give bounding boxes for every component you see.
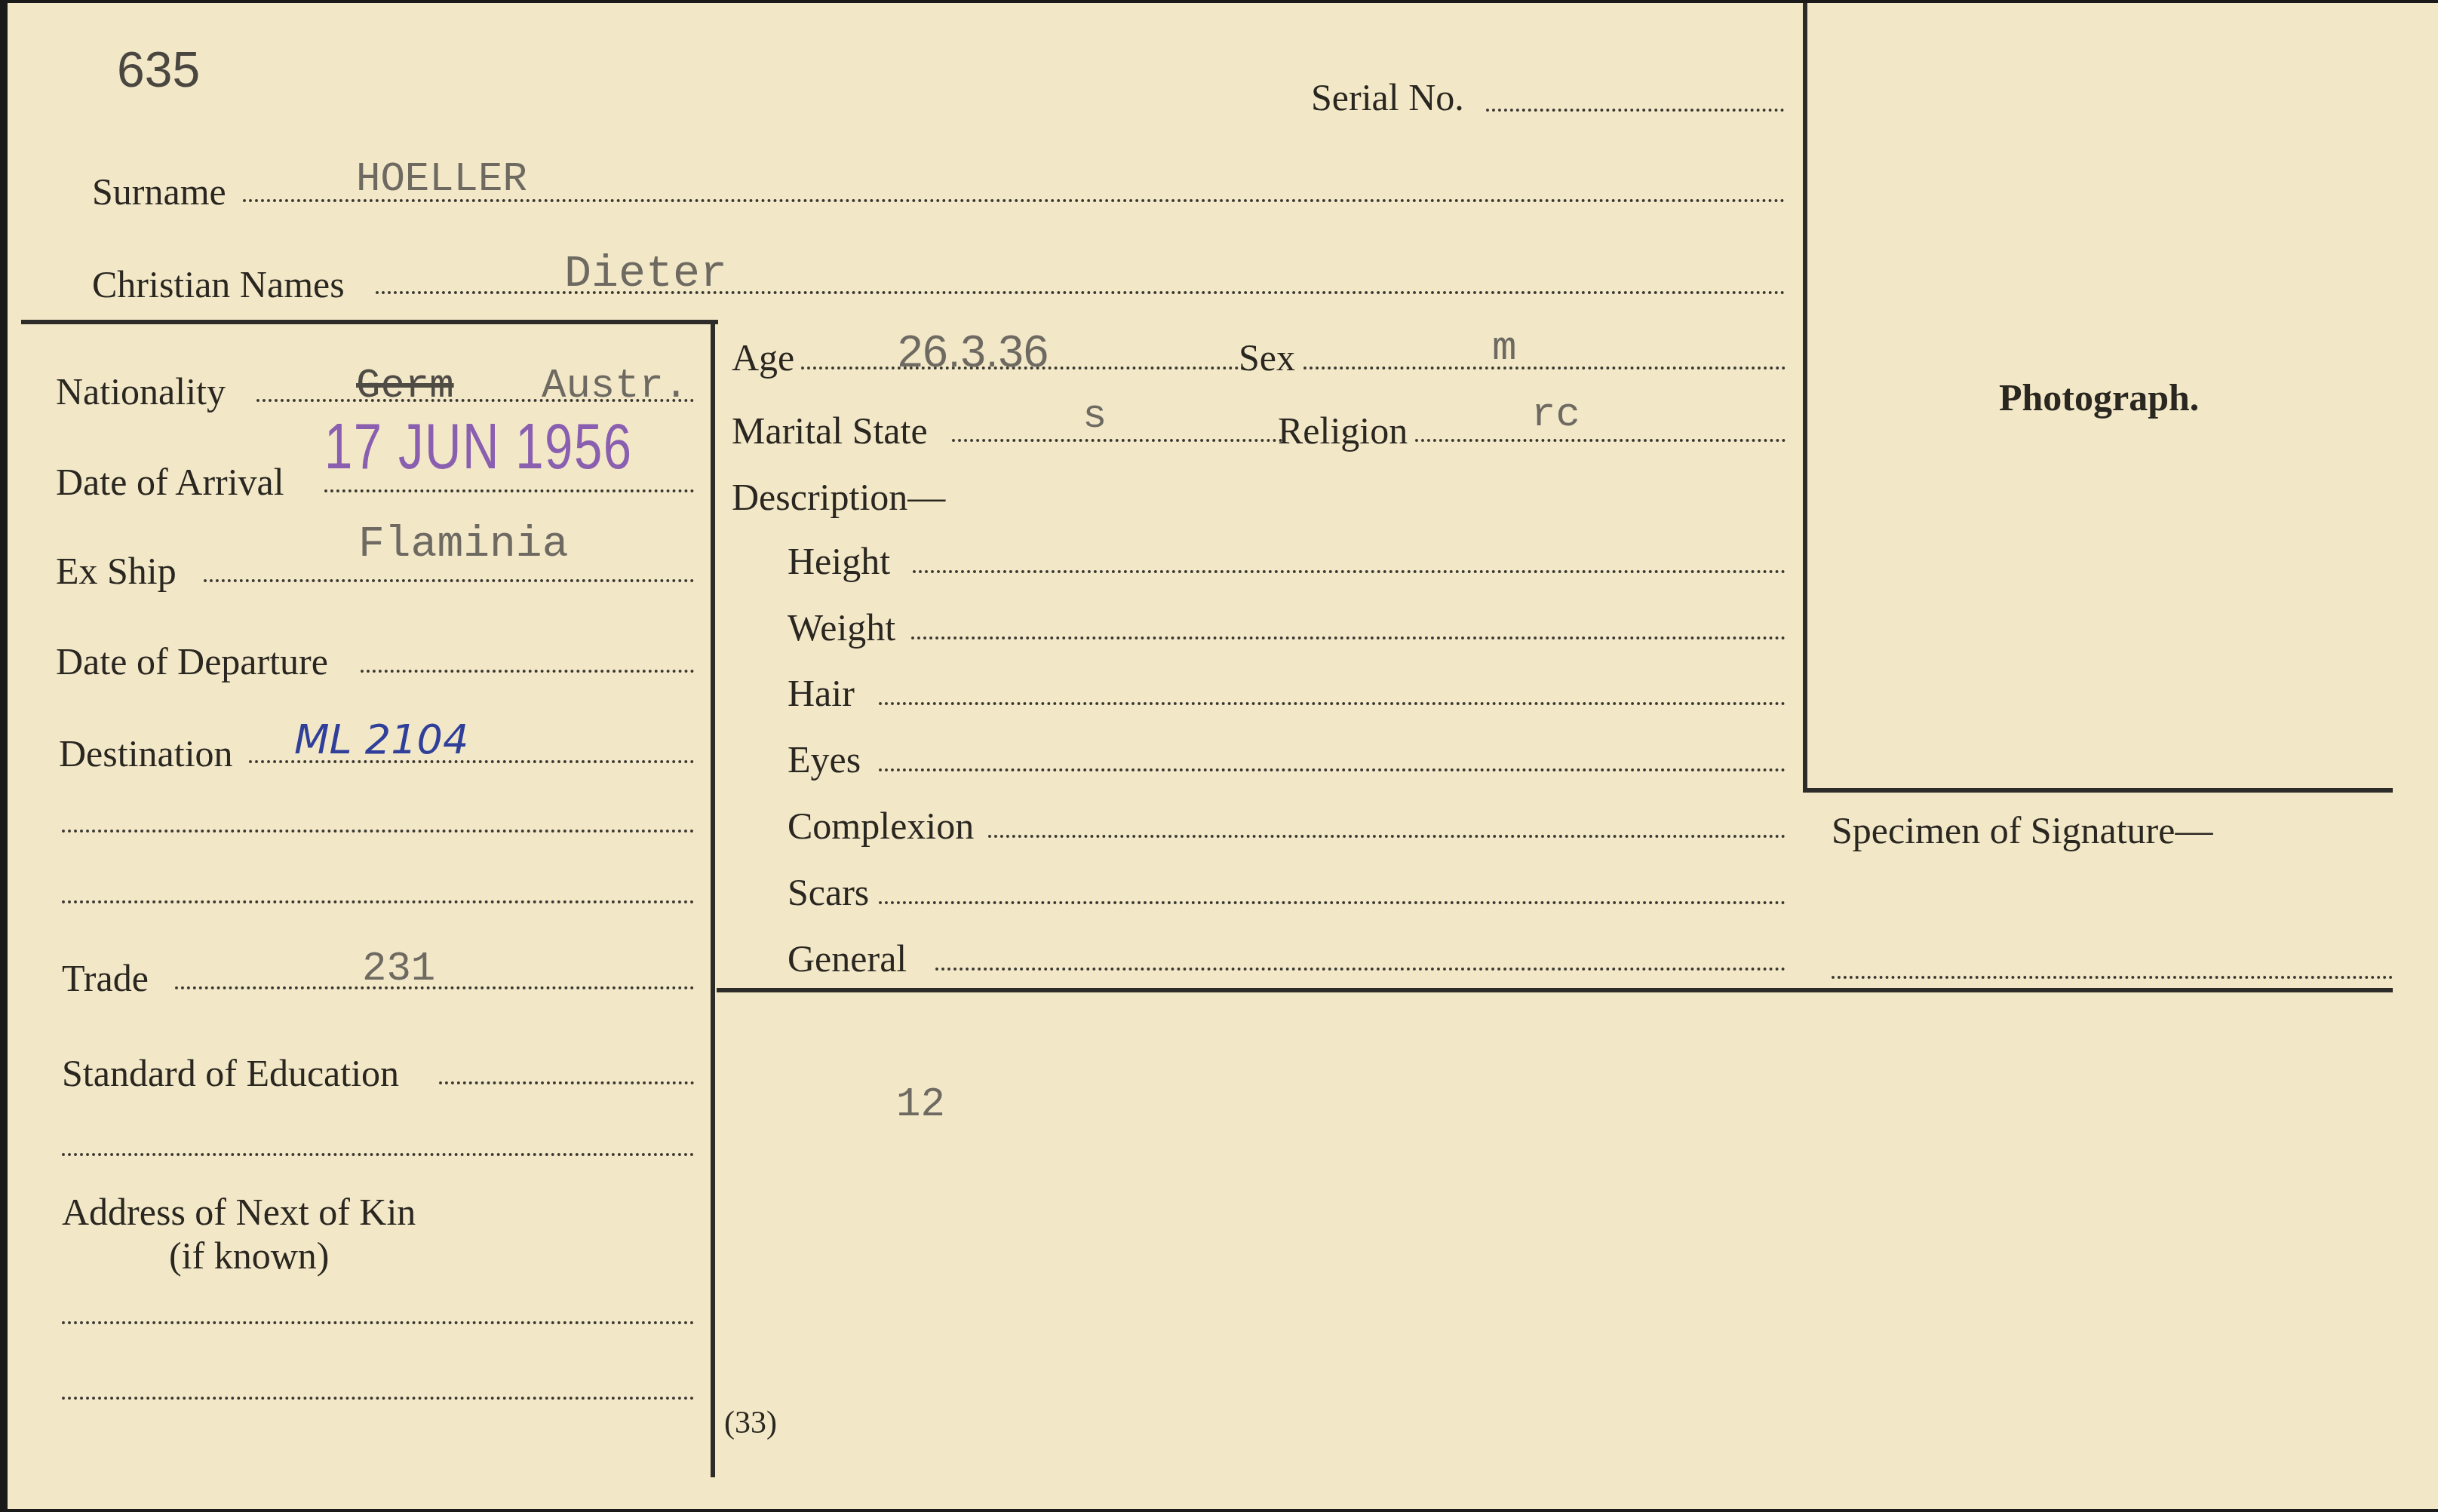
eyes-line	[879, 768, 1786, 771]
nationality-label: Nationality	[56, 373, 226, 410]
surname-value: HOELLER	[356, 160, 527, 201]
weight-label: Weight	[788, 609, 895, 646]
age-value: 26.3.36	[898, 329, 1049, 374]
sex-label: Sex	[1239, 339, 1295, 376]
signature-label: Specimen of Signature—	[1832, 811, 2212, 849]
left-box-top-rule	[21, 320, 718, 324]
date-of-departure-line	[361, 670, 694, 673]
arrival-date-stamp: 17 JUN 1956	[324, 414, 633, 479]
next-of-kin-sublabel: (if known)	[169, 1237, 329, 1274]
left-column-divider	[711, 320, 715, 1477]
religion-value: rc	[1531, 395, 1580, 436]
destination-extra-line-1	[62, 830, 694, 833]
next-of-kin-label: Address of Next of Kin	[62, 1193, 416, 1231]
photo-box-left-rule	[1803, 3, 1807, 792]
card-number: 635	[117, 44, 200, 94]
immigration-record-card: 635 Serial No. Surname HOELLER Christian…	[8, 3, 2438, 1509]
eyes-label: Eyes	[788, 741, 861, 778]
description-bottom-rule	[717, 988, 2393, 992]
marital-state-value: s	[1082, 397, 1107, 437]
weight-line	[911, 636, 1786, 639]
general-line	[935, 968, 1786, 971]
sex-line	[1303, 366, 1786, 370]
serial-no-line	[1486, 109, 1784, 112]
description-label: Description—	[732, 478, 945, 516]
christian-names-value: Dieter	[564, 252, 727, 297]
christian-names-label: Christian Names	[92, 265, 345, 303]
ex-ship-line	[204, 579, 694, 582]
scars-line	[879, 901, 1786, 904]
destination-label: Destination	[59, 735, 233, 772]
surname-label: Surname	[92, 173, 226, 210]
date-of-arrival-line	[324, 489, 694, 492]
serial-no-label: Serial No.	[1311, 78, 1464, 116]
general-label: General	[788, 940, 907, 977]
date-of-arrival-label: Date of Arrival	[56, 463, 284, 501]
next-of-kin-line-2	[62, 1397, 694, 1400]
standard-of-education-line	[439, 1081, 694, 1084]
hair-line	[879, 702, 1786, 705]
marital-state-line	[952, 439, 1282, 442]
marital-state-label: Marital State	[732, 412, 928, 449]
height-label: Height	[788, 542, 890, 580]
destination-extra-line-2	[62, 900, 694, 903]
age-label: Age	[732, 339, 794, 376]
nationality-value: Austr.	[542, 366, 688, 407]
religion-label: Religion	[1278, 412, 1408, 449]
photograph-label: Photograph.	[1999, 379, 2199, 416]
destination-value: ML 2104	[294, 719, 468, 760]
scars-label: Scars	[788, 873, 869, 911]
ex-ship-label: Ex Ship	[56, 552, 177, 590]
signature-line	[1832, 976, 2393, 979]
education-extra-line	[62, 1153, 694, 1156]
trade-label: Trade	[62, 959, 149, 997]
date-of-departure-label: Date of Departure	[56, 643, 328, 680]
sex-value: m	[1492, 329, 1516, 370]
complexion-label: Complexion	[788, 807, 974, 845]
note-number: 12	[896, 1085, 945, 1126]
religion-line	[1415, 439, 1786, 442]
trade-value: 231	[362, 949, 435, 990]
ex-ship-value: Flaminia	[358, 523, 568, 567]
hair-label: Hair	[788, 674, 855, 712]
nationality-struck-value: Germ	[356, 366, 454, 407]
complexion-line	[988, 835, 1786, 838]
height-line	[913, 570, 1786, 573]
standard-of-education-label: Standard of Education	[62, 1054, 399, 1092]
photo-box-bottom-rule	[1803, 788, 2393, 793]
form-code: (33)	[724, 1407, 777, 1439]
next-of-kin-line-1	[62, 1321, 694, 1324]
